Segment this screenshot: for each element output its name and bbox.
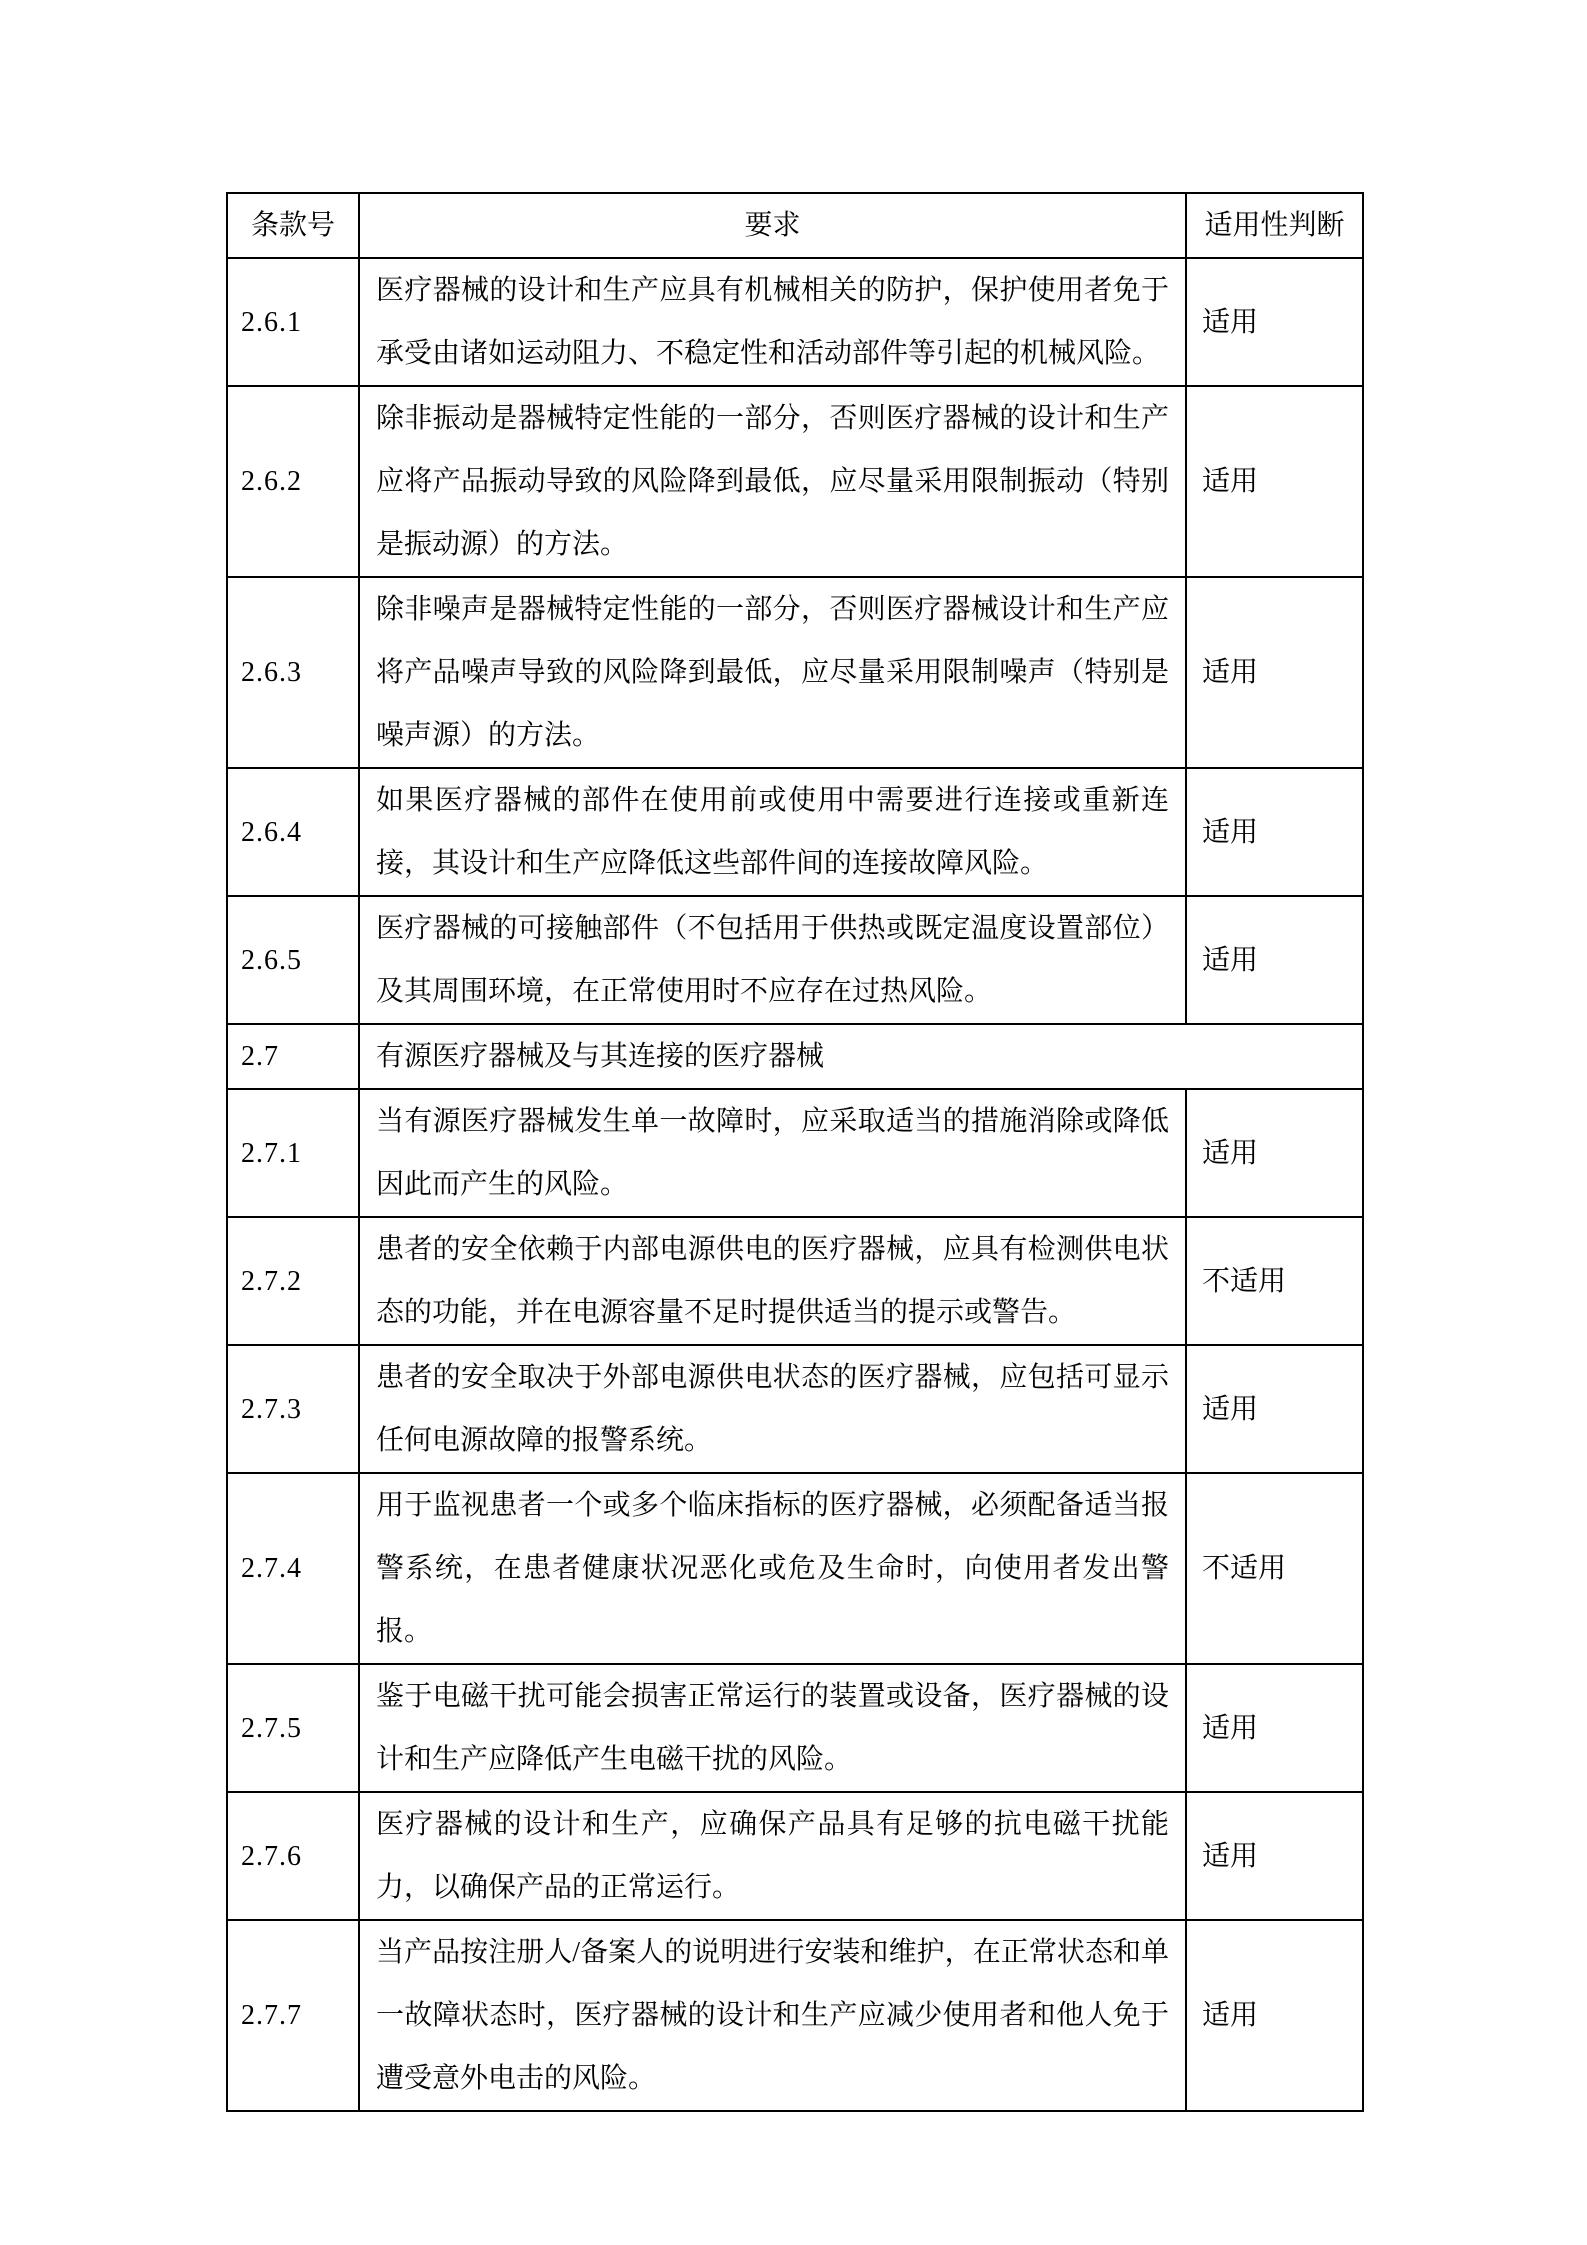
table-row-section: 2.7 有源医疗器械及与其连接的医疗器械	[227, 1024, 1363, 1089]
requirement-cell: 除非噪声是器械特定性能的一部分，否则医疗器械设计和生产应将产品噪声导致的风险降到…	[359, 577, 1186, 768]
header-applicability: 适用性判断	[1186, 193, 1363, 258]
applicability-cell: 适用	[1186, 1920, 1363, 2111]
requirement-cell: 患者的安全依赖于内部电源供电的医疗器械，应具有检测供电状态的功能，并在电源容量不…	[359, 1217, 1186, 1345]
applicability-cell: 适用	[1186, 1089, 1363, 1217]
header-requirement: 要求	[359, 193, 1186, 258]
applicability-cell: 适用	[1186, 258, 1363, 386]
requirement-cell: 当有源医疗器械发生单一故障时，应采取适当的措施消除或降低因此而产生的风险。	[359, 1089, 1186, 1217]
table-row: 2.7.2 患者的安全依赖于内部电源供电的医疗器械，应具有检测供电状态的功能，并…	[227, 1217, 1363, 1345]
clause-cell: 2.6.4	[227, 768, 359, 896]
table-row: 2.7.6 医疗器械的设计和生产，应确保产品具有足够的抗电磁干扰能力，以确保产品…	[227, 1792, 1363, 1920]
applicability-cell: 适用	[1186, 577, 1363, 768]
clause-cell: 2.7.4	[227, 1473, 359, 1664]
clause-cell: 2.6.2	[227, 386, 359, 577]
document-page: { "table": { "headers": { "clause": "条款号…	[0, 0, 1587, 2245]
clause-cell: 2.7.6	[227, 1792, 359, 1920]
applicability-cell: 适用	[1186, 768, 1363, 896]
clause-cell: 2.7.1	[227, 1089, 359, 1217]
applicability-cell: 适用	[1186, 1792, 1363, 1920]
table-row: 2.6.4 如果医疗器械的部件在使用前或使用中需要进行连接或重新连接，其设计和生…	[227, 768, 1363, 896]
table-row: 2.7.7 当产品按注册人/备案人的说明进行安装和维护，在正常状态和单一故障状态…	[227, 1920, 1363, 2111]
requirement-cell: 医疗器械的设计和生产应具有机械相关的防护，保护使用者免于承受由诸如运动阻力、不稳…	[359, 258, 1186, 386]
table-row: 2.6.3 除非噪声是器械特定性能的一部分，否则医疗器械设计和生产应将产品噪声导…	[227, 577, 1363, 768]
applicability-cell: 不适用	[1186, 1217, 1363, 1345]
clause-cell: 2.7.7	[227, 1920, 359, 2111]
requirement-cell: 医疗器械的设计和生产，应确保产品具有足够的抗电磁干扰能力，以确保产品的正常运行。	[359, 1792, 1186, 1920]
header-clause: 条款号	[227, 193, 359, 258]
requirement-cell: 医疗器械的可接触部件（不包括用于供热或既定温度设置部位）及其周围环境，在正常使用…	[359, 896, 1186, 1024]
table-row: 2.7.1 当有源医疗器械发生单一故障时，应采取适当的措施消除或降低因此而产生的…	[227, 1089, 1363, 1217]
clause-cell: 2.6.3	[227, 577, 359, 768]
clause-cell: 2.7.5	[227, 1664, 359, 1792]
table-row: 2.6.1 医疗器械的设计和生产应具有机械相关的防护，保护使用者免于承受由诸如运…	[227, 258, 1363, 386]
applicability-cell: 适用	[1186, 386, 1363, 577]
requirement-cell: 当产品按注册人/备案人的说明进行安装和维护，在正常状态和单一故障状态时，医疗器械…	[359, 1920, 1186, 2111]
table-row: 2.6.2 除非振动是器械特定性能的一部分，否则医疗器械的设计和生产应将产品振动…	[227, 386, 1363, 577]
clause-cell: 2.7.3	[227, 1345, 359, 1473]
table-row: 2.7.4 用于监视患者一个或多个临床指标的医疗器械，必须配备适当报警系统，在患…	[227, 1473, 1363, 1664]
clause-cell: 2.6.1	[227, 258, 359, 386]
clause-cell: 2.6.5	[227, 896, 359, 1024]
table-row: 2.6.5 医疗器械的可接触部件（不包括用于供热或既定温度设置部位）及其周围环境…	[227, 896, 1363, 1024]
applicability-cell: 不适用	[1186, 1473, 1363, 1664]
table-row: 2.7.5 鉴于电磁干扰可能会损害正常运行的装置或设备，医疗器械的设计和生产应降…	[227, 1664, 1363, 1792]
requirement-cell: 如果医疗器械的部件在使用前或使用中需要进行连接或重新连接，其设计和生产应降低这些…	[359, 768, 1186, 896]
requirements-document: 条款号 要求 适用性判断 2.6.1 医疗器械的设计和生产应具有机械相关的防护，…	[226, 192, 1364, 2112]
requirements-table: 条款号 要求 适用性判断 2.6.1 医疗器械的设计和生产应具有机械相关的防护，…	[226, 192, 1364, 2112]
requirement-cell: 除非振动是器械特定性能的一部分，否则医疗器械的设计和生产应将产品振动导致的风险降…	[359, 386, 1186, 577]
applicability-cell: 适用	[1186, 1664, 1363, 1792]
clause-cell: 2.7.2	[227, 1217, 359, 1345]
requirement-cell: 用于监视患者一个或多个临床指标的医疗器械，必须配备适当报警系统，在患者健康状况恶…	[359, 1473, 1186, 1664]
table-row: 2.7.3 患者的安全取决于外部电源供电状态的医疗器械，应包括可显示任何电源故障…	[227, 1345, 1363, 1473]
clause-cell: 2.7	[227, 1024, 359, 1089]
applicability-cell: 适用	[1186, 896, 1363, 1024]
requirement-cell: 鉴于电磁干扰可能会损害正常运行的装置或设备，医疗器械的设计和生产应降低产生电磁干…	[359, 1664, 1186, 1792]
table-header-row: 条款号 要求 适用性判断	[227, 193, 1363, 258]
applicability-cell: 适用	[1186, 1345, 1363, 1473]
section-title-cell: 有源医疗器械及与其连接的医疗器械	[359, 1024, 1363, 1089]
requirement-cell: 患者的安全取决于外部电源供电状态的医疗器械，应包括可显示任何电源故障的报警系统。	[359, 1345, 1186, 1473]
